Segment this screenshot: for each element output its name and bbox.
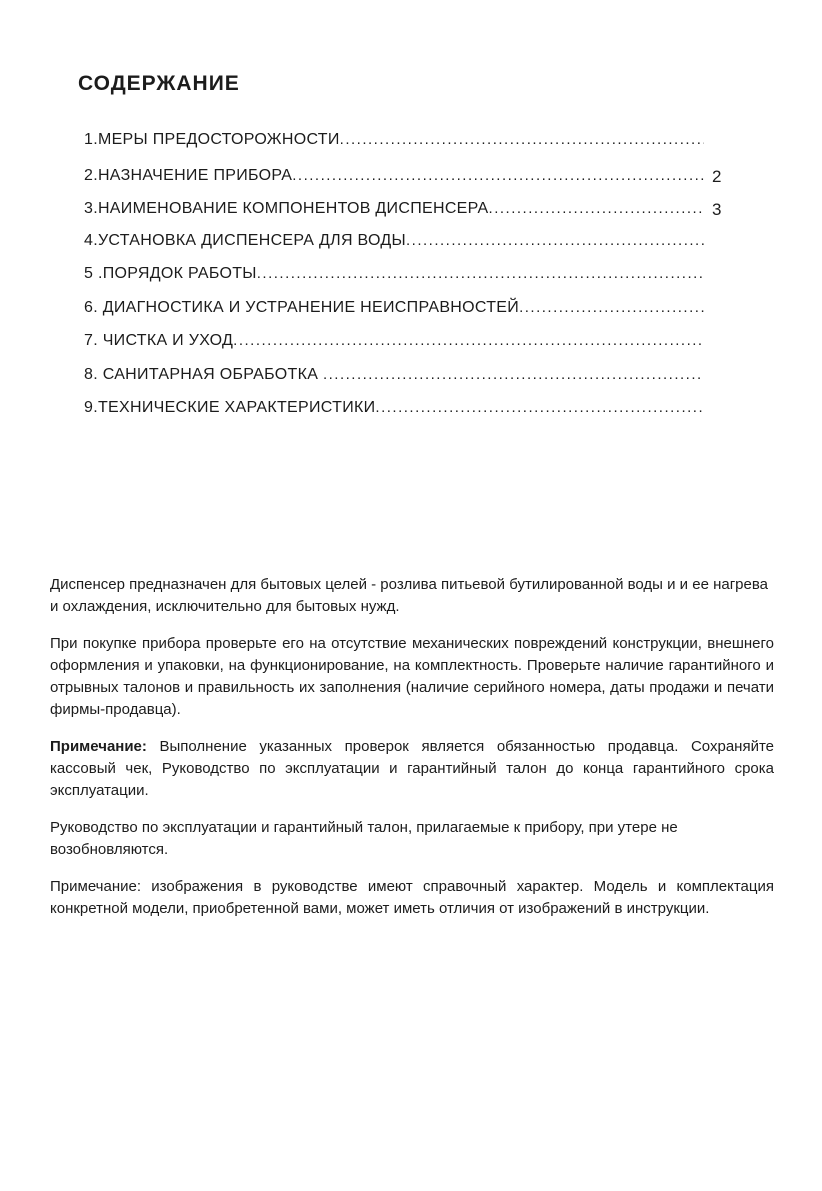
paragraph-purpose: Диспенсер предназначен для бытовых целей… [50,574,774,618]
toc-item: 9.ТЕХНИЧЕСКИЕ ХАРАКТЕРИСТИКИ ...........… [84,399,740,433]
paragraph-note-images: Примечание: изображения в руководстве им… [50,876,774,920]
toc-dot-leader: ........................................… [233,332,704,349]
toc-page-number: 3 [704,200,740,220]
paragraph-text: Руководство по эксплуатации и гарантийны… [50,819,678,858]
toc-dot-leader: ........................................… [519,299,704,316]
toc-dot-leader: ........................................… [292,167,704,184]
toc-item-label: 5 .ПОРЯДОК РАБОТЫ [84,265,257,283]
toc-dot-leader: ........................................… [323,366,704,383]
toc-item-label: 9.ТЕХНИЧЕСКИЕ ХАРАКТЕРИСТИКИ [84,399,375,417]
paragraph-purchase-check: При покупке прибора проверьте его на отс… [50,633,774,721]
toc-item-label: 4.УСТАНОВКА ДИСПЕНСЕРА ДЛЯ ВОДЫ [84,232,406,250]
toc-page-number: 2 [704,167,740,187]
toc-dot-leader: ........................................… [257,265,704,282]
body-text: Диспенсер предназначен для бытовых целей… [50,574,774,935]
manual-page: СОДЕРЖАНИЕ 1.МЕРЫ ПРЕДОСТОРОЖНОСТИ .....… [0,0,822,1191]
toc-item: 7. ЧИСТКА И УХОД .......................… [84,332,740,366]
toc-item-label: 3.НАИМЕНОВАНИЕ КОМПОНЕНТОВ ДИСПЕНСЕРА [84,200,489,218]
note-label: Примечание: [50,738,147,755]
page-title: СОДЕРЖАНИЕ [78,72,240,96]
toc-item-label: 1.МЕРЫ ПРЕДОСТОРОЖНОСТИ [84,131,340,149]
toc-item: 5 .ПОРЯДОК РАБОТЫ ......................… [84,265,740,299]
paragraph-text: При покупке прибора проверьте его на отс… [50,635,774,718]
toc-dot-leader: ........................................… [340,131,704,148]
toc-dot-leader: ........................................… [375,399,704,416]
toc-dot-leader: ........................................… [489,200,704,217]
toc-item-label: 8. САНИТАРНАЯ ОБРАБОТКА [84,366,323,384]
paragraph-warranty-loss: Руководство по эксплуатации и гарантийны… [50,817,774,861]
toc-item-label: 7. ЧИСТКА И УХОД [84,332,233,350]
paragraph-text: Выполнение указанных проверок является о… [50,738,774,799]
paragraph-note-seller: Примечание: Выполнение указанных проверо… [50,736,774,802]
table-of-contents: 1.МЕРЫ ПРЕДОСТОРОЖНОСТИ ................… [84,131,740,433]
toc-item-label: 2.НАЗНАЧЕНИЕ ПРИБОРА [84,167,292,185]
toc-item-label: 6. ДИАГНОСТИКА И УСТРАНЕНИЕ НЕИСПРАВНОСТ… [84,299,519,317]
toc-item: 6. ДИАГНОСТИКА И УСТРАНЕНИЕ НЕИСПРАВНОСТ… [84,299,740,333]
paragraph-text: Примечание: изображения в руководстве им… [50,878,774,917]
toc-item: 3.НАИМЕНОВАНИЕ КОМПОНЕНТОВ ДИСПЕНСЕРА ..… [84,198,740,232]
toc-item: 4.УСТАНОВКА ДИСПЕНСЕРА ДЛЯ ВОДЫ ........… [84,232,740,266]
toc-dot-leader: ........................................… [406,232,704,249]
toc-item: 1.МЕРЫ ПРЕДОСТОРОЖНОСТИ ................… [84,131,740,165]
toc-item: 2.НАЗНАЧЕНИЕ ПРИБОРА ...................… [84,165,740,199]
toc-item: 8. САНИТАРНАЯ ОБРАБОТКА ................… [84,366,740,400]
paragraph-text: Диспенсер предназначен для бытовых целей… [50,576,768,615]
